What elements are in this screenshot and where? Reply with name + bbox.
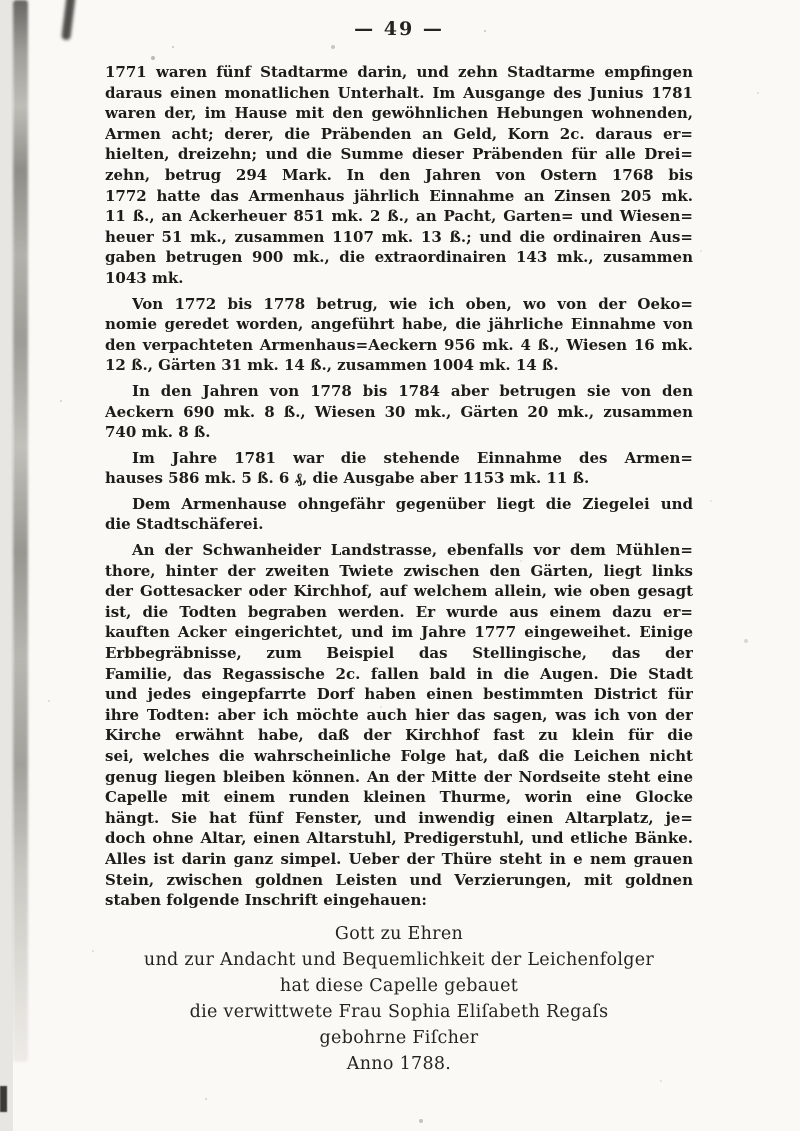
paragraph: An der Schwanheider Landstrasse, ebenfal… (105, 540, 693, 911)
text-line: An der Schwanheider Landstrasse, ebenfal… (105, 540, 693, 561)
scan-edge-strip (0, 0, 13, 1131)
text-line: heuer 51 mk., zusammen 1107 mk. 13 ß.; u… (105, 227, 693, 248)
page-number: — 49 — (105, 18, 693, 40)
text-line: die Stadtschäferei. (105, 514, 693, 535)
text-line: thore, hinter der zweiten Twiete zwische… (105, 561, 693, 582)
text-line: Alles ist darin ganz simpel. Ueber der T… (105, 849, 693, 870)
text-line: Armen acht; derer, die Präbenden an Geld… (105, 124, 693, 145)
text-line: ihre Todten: aber ich möchte auch hier d… (105, 705, 693, 726)
paragraph: Dem Armenhause ohngefähr gegenüber liegt… (105, 494, 693, 535)
text-line: gaben betrugen 900 mk., die extraordinai… (105, 247, 693, 268)
inscription-line: Gott zu Ehren (105, 921, 693, 947)
text-line: 12 ß., Gärten 31 mk. 14 ß., zusammen 100… (105, 355, 693, 376)
text-line: Familie, das Regassische 2c. fallen bald… (105, 664, 693, 685)
text-line: hängt. Sie hat fünf Fenster, und inwendi… (105, 808, 693, 829)
text-line: Capelle mit einem runden kleinen Thurme,… (105, 787, 693, 808)
text-line: der Gottesacker oder Kirchhof, auf welch… (105, 581, 693, 602)
text-line: Aeckern 690 mk. 8 ß., Wiesen 30 mk., Gär… (105, 402, 693, 423)
text-line: Im Jahre 1781 war die stehende Einnahme … (105, 448, 693, 469)
inscription-line: die verwittwete Frau Sophia Eliſabeth Re… (105, 999, 693, 1025)
text-line: Von 1772 bis 1778 betrug, wie ich oben, … (105, 294, 693, 315)
paragraph: Von 1772 bis 1778 betrug, wie ich oben, … (105, 294, 693, 376)
text-line: daraus einen monatlichen Unterhalt. Im A… (105, 83, 693, 104)
text-line: 740 mk. 8 ß. (105, 422, 693, 443)
paragraph: In den Jahren von 1778 bis 1784 aber bet… (105, 381, 693, 443)
inscription-line: gebohrne Fiſcher (105, 1025, 693, 1051)
scan-noise-specks (0, 0, 2, 2)
text-line: 1772 hatte das Armenhaus jährlich Einnah… (105, 186, 693, 207)
inscription-line: Anno 1788. (105, 1051, 693, 1077)
inscription-block: Gott zu Ehrenund zur Andacht und Bequeml… (105, 921, 693, 1077)
paragraph: Im Jahre 1781 war die stehende Einnahme … (105, 448, 693, 489)
scan-corner-mark (61, 0, 76, 40)
text-line: genug liegen bleiben können. An der Mitt… (105, 767, 693, 788)
paragraph: 1771 waren fünf Stadtarme darin, und zeh… (105, 62, 693, 289)
text-line: Stein, zwischen goldnen Leisten und Verz… (105, 870, 693, 891)
text-line: waren der, im Hause mit den gewöhnlichen… (105, 103, 693, 124)
scan-bottom-mark (0, 1086, 7, 1112)
inscription-line: hat diese Capelle gebauet (105, 973, 693, 999)
body-text: 1771 waren fünf Stadtarme darin, und zeh… (105, 62, 693, 916)
text-line: 11 ß., an Ackerheuer 851 mk. 2 ß., an Pa… (105, 206, 693, 227)
text-line: Dem Armenhause ohngefähr gegenüber liegt… (105, 494, 693, 515)
text-line: 1043 mk. (105, 268, 693, 289)
text-line: Kirche erwähnt habe, daß der Kirchhof fa… (105, 725, 693, 746)
text-line: Erbbegräbnisse, zum Beispiel das Stellin… (105, 643, 693, 664)
text-line: sei, welches die wahrscheinliche Folge h… (105, 746, 693, 767)
scanned-book-page: — 49 — 1771 waren fünf Stadtarme darin, … (0, 0, 800, 1131)
text-line: In den Jahren von 1778 bis 1784 aber bet… (105, 381, 693, 402)
inscription-line: und zur Andacht und Bequemlichkeit der L… (105, 947, 693, 973)
text-line: und jedes eingepfarrte Dorf haben einen … (105, 684, 693, 705)
text-line: hielten, dreizehn; und die Summe dieser … (105, 144, 693, 165)
text-line: ist, die Todten begraben werden. Er wurd… (105, 602, 693, 623)
text-line: staben folgende Inschrift eingehauen: (105, 890, 693, 911)
scan-smudge-band (13, 0, 28, 1062)
text-line: den verpachteten Armenhaus=Aeckern 956 m… (105, 335, 693, 356)
text-line: zehn, betrug 294 Mark. In den Jahren von… (105, 165, 693, 186)
text-line: 1771 waren fünf Stadtarme darin, und zeh… (105, 62, 693, 83)
text-line: nomie geredet worden, angeführt habe, di… (105, 314, 693, 335)
text-line: doch ohne Altar, einen Altarstuhl, Predi… (105, 828, 693, 849)
text-line: kauften Acker eingerichtet, und im Jahre… (105, 622, 693, 643)
text-line: hauses 586 mk. 5 ß. 6 ₰, die Ausgabe abe… (105, 468, 693, 489)
